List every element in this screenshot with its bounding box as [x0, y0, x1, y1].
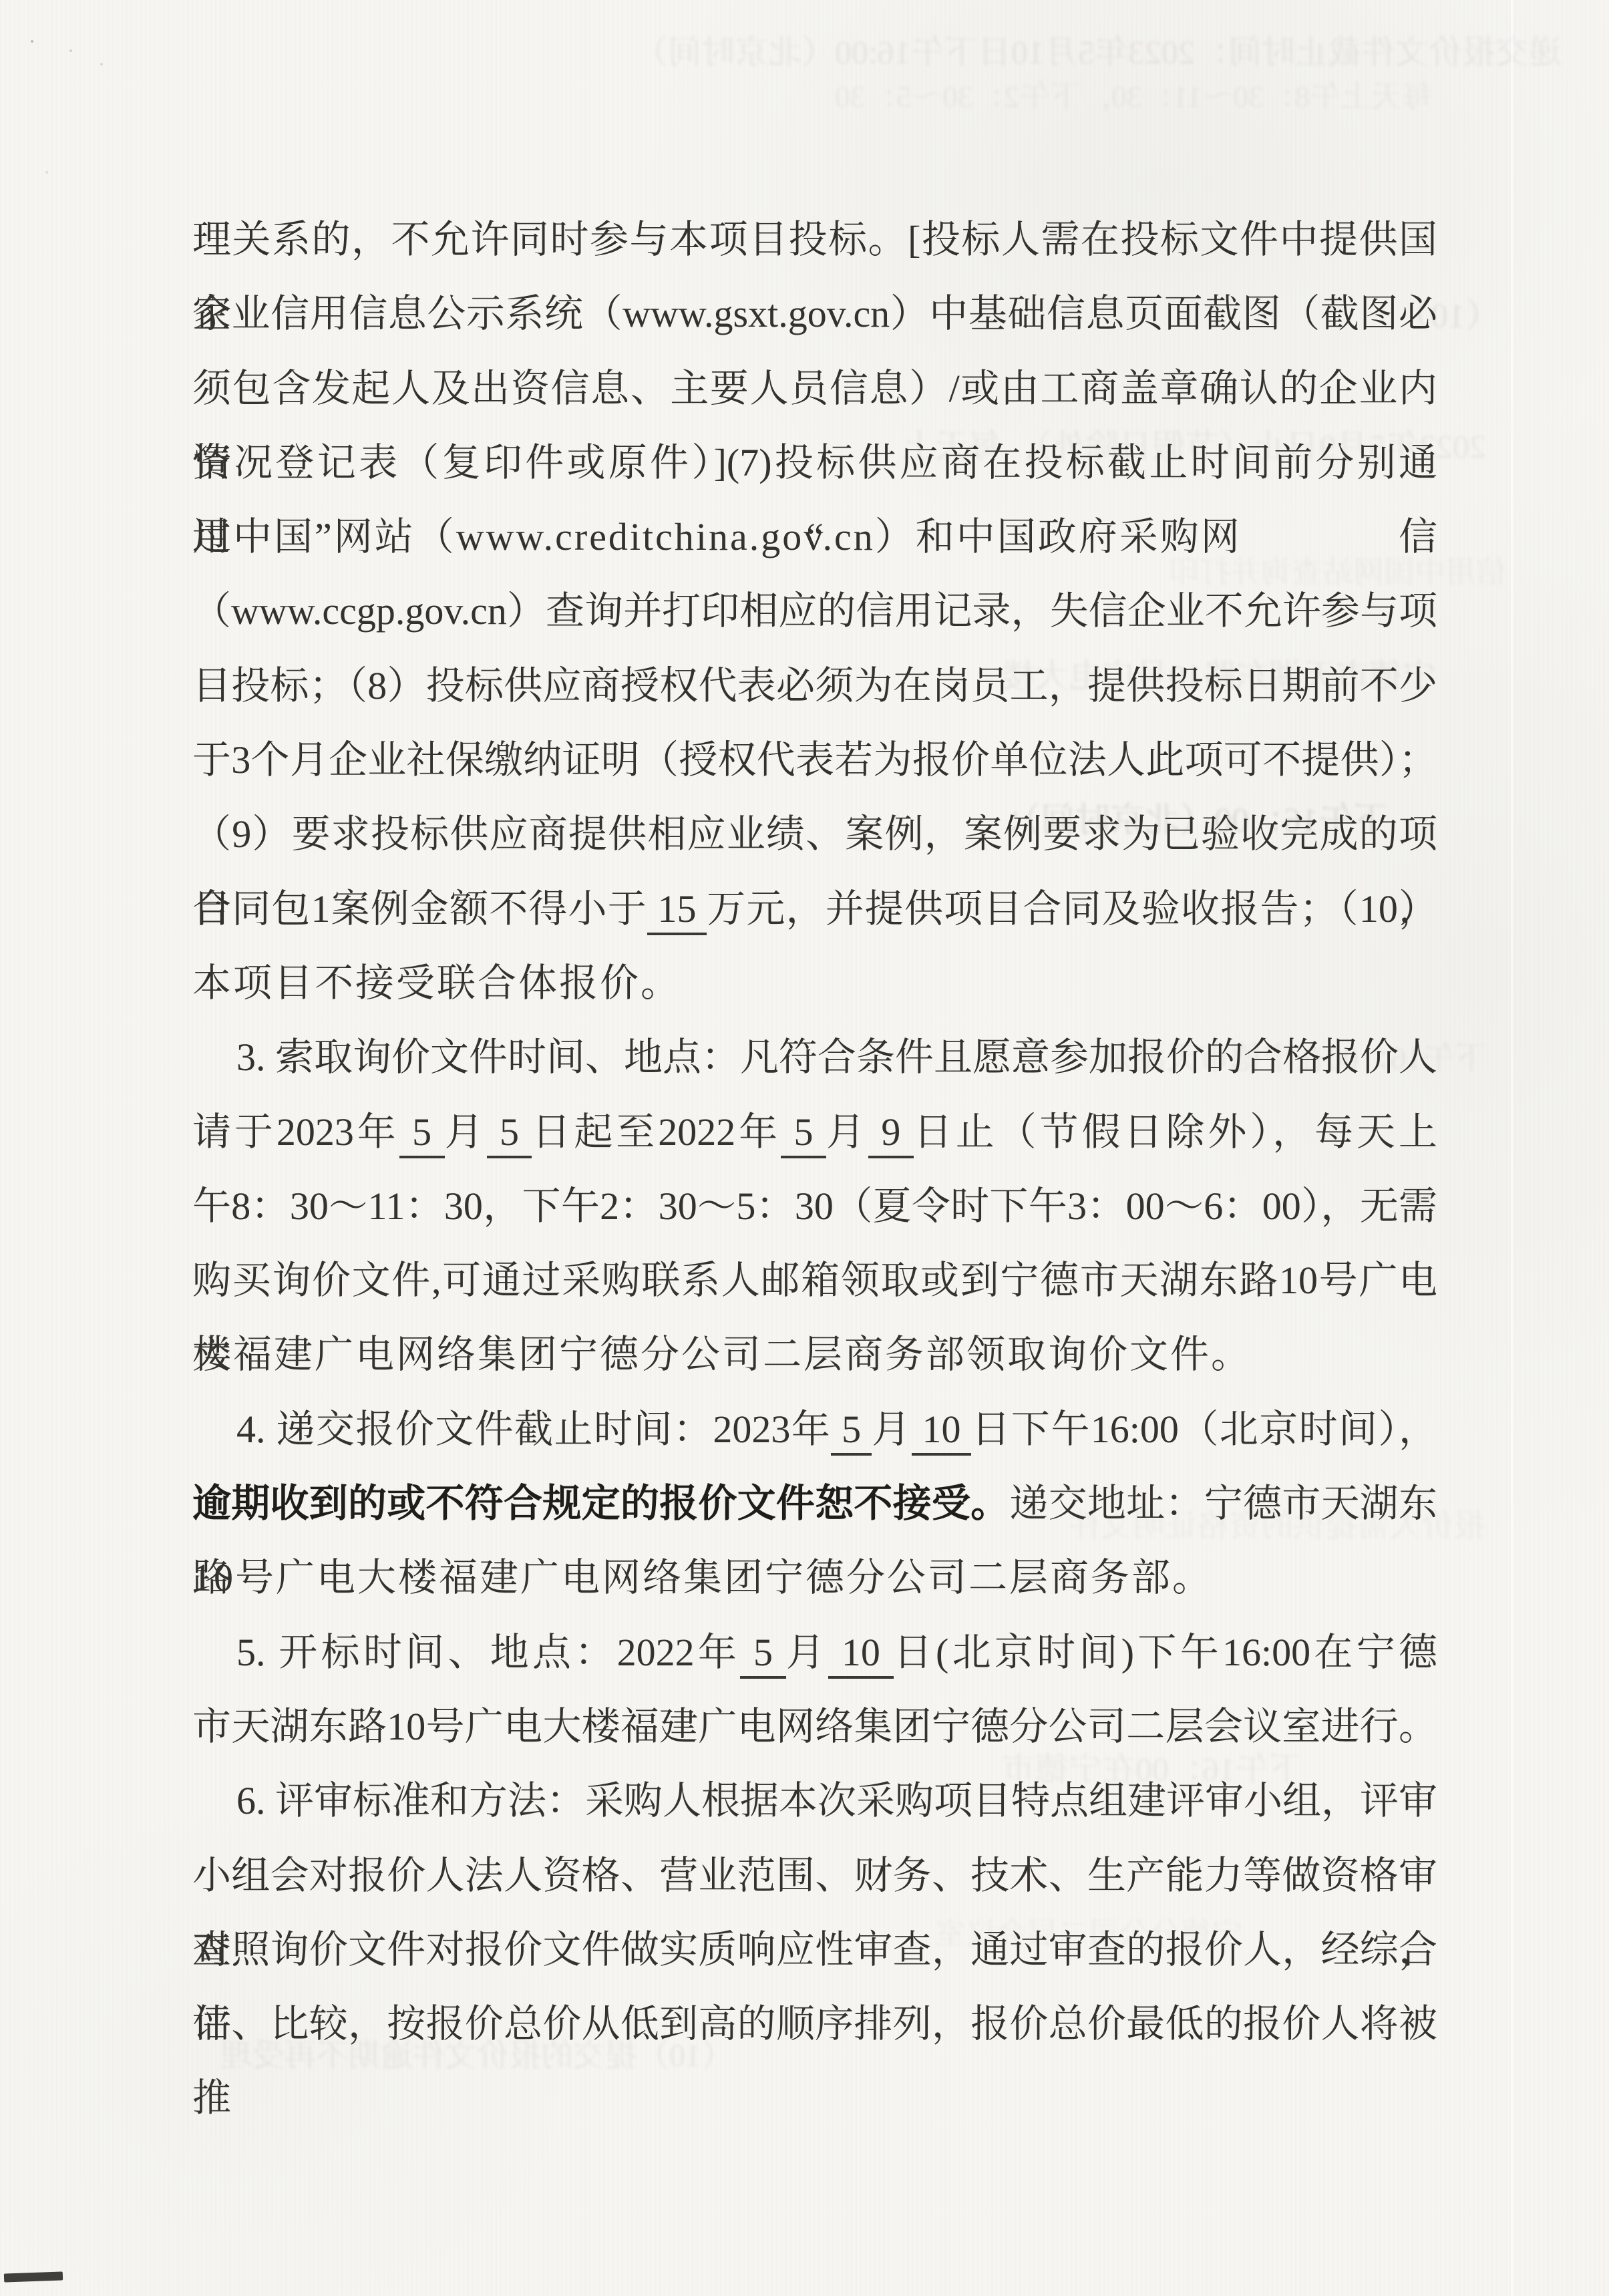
text-line: 情况登记表（复印件或原件）](7)投标供应商在投标截止时间前分别通过“信: [192, 426, 1437, 500]
text-segment: 日下午16:00（北京时间），: [971, 1408, 1437, 1451]
bold-text-segment: 逾期收到的或不符合规定的报价文件恕不接受。: [192, 1482, 1009, 1525]
text-segment: 月: [445, 1110, 487, 1154]
bleed-through-text: 递交报价文件截止时间：2023年5月10日下午16:00（北京时间）: [635, 25, 1562, 73]
text-line: 逾期收到的或不符合规定的报价文件恕不接受。递交地址：宁德市天湖东路: [192, 1466, 1437, 1540]
text-segment: 月: [872, 1408, 911, 1451]
text-segment: 用中国”网站（www.creditchina.gov.cn）和中国政府采购网: [192, 515, 1242, 558]
text-line: 购买询价文件,可通过采购联系人邮箱领取或到宁德市天湖东路10号广电大: [192, 1243, 1437, 1317]
text-segment: 日止（节假日除外），每天上: [914, 1110, 1437, 1154]
text-segment: 企业信用信息公示系统（www.gsxt.gov.cn）中基础信息页面截图（截图必: [192, 292, 1437, 335]
text-line: 4. 递交报价文件截止时间：2023年 5 月 10 日下午16:00（北京时间…: [192, 1392, 1437, 1466]
text-line: 估、比较，按报价总价从低到高的顺序排列，报价总价最低的报价人将被推: [192, 1987, 1437, 2061]
text-line: 理关系的，不允许同时参与本项目投标。[投标人需在投标文件中提供国家: [192, 202, 1437, 277]
text-segment: 估、比较，按报价总价从低到高的顺序排列，报价总价最低的报价人将被推: [192, 2002, 1437, 2120]
scanned-page: 递交报价文件截止时间：2023年5月10日下午16:00（北京时间）每天上午8：…: [0, 0, 1609, 2296]
text-segment: 月: [786, 1631, 828, 1674]
text-line: 午8：30～11：30，下午2：30～5：30（夏令时下午3：00～6：00），…: [192, 1169, 1437, 1243]
text-segment: 3. 索取询价文件时间、地点：凡符合条件且愿意参加报价的合格报价人: [236, 1035, 1437, 1079]
underlined-value: 9: [868, 1110, 914, 1158]
text-segment: 10号广电大楼福建广电网络集团宁德分公司二层商务部。: [192, 1556, 1213, 1599]
text-line: 于3个月企业社保缴纳证明（授权代表若为报价单位法人此项可不提供）；: [192, 723, 1437, 797]
text-segment: 市天湖东路10号广电大楼福建广电网络集团宁德分公司二层会议室进行。: [192, 1705, 1437, 1748]
text-line: 须包含发起人及出资信息、主要人员信息）/或由工商盖章确认的企业内资: [192, 351, 1437, 426]
text-segment: 于3个月企业社保缴纳证明（授权代表若为报价单位法人此项可不提供）；: [192, 738, 1437, 782]
underlined-value: 5: [740, 1631, 786, 1679]
text-segment: 本项目不接受联合体报价。: [192, 961, 681, 1005]
text-segment: 月: [826, 1110, 868, 1154]
text-segment: 日起至2022年: [532, 1110, 781, 1154]
text-line: 10号广电大楼福建广电网络集团宁德分公司二层商务部。: [192, 1540, 1437, 1615]
text-line: 6. 评审标准和方法：采购人根据本次采购项目特点组建评审小组，评审: [192, 1764, 1437, 1838]
text-line: 本项目不接受联合体报价。: [192, 946, 1437, 1020]
underlined-value: 10: [912, 1408, 972, 1456]
text-line: 小组会对报价人法人资格、营业范围、财务、技术、生产能力等做资格审查，: [192, 1838, 1437, 1913]
text-line: 企业信用信息公示系统（www.gsxt.gov.cn）中基础信息页面截图（截图必: [192, 277, 1437, 351]
scan-corner-mark: [4, 2271, 63, 2282]
text-segment: 请于2023年: [192, 1110, 399, 1154]
text-segment: 日(北京时间)下午16:00在宁德: [894, 1631, 1437, 1674]
text-line: 楼福建广电网络集团宁德分公司二层商务部领取询价文件。: [192, 1317, 1437, 1391]
underlined-value: 5: [831, 1408, 872, 1456]
text-line: （www.ccgp.gov.cn）查询并打印相应的信用记录，失信企业不允许参与项: [192, 574, 1437, 648]
underlined-value: 5: [781, 1110, 826, 1158]
text-segment: 合同包1案例金额不得小于: [192, 887, 647, 931]
text-line: 市天湖东路10号广电大楼福建广电网络集团宁德分公司二层会议室进行。: [192, 1689, 1437, 1764]
text-segment: 5. 开标时间、地点：2022年: [236, 1631, 740, 1674]
underlined-value: 5: [487, 1110, 532, 1158]
text-line: 5. 开标时间、地点：2022年 5 月 10 日(北京时间)下午16:00在宁…: [192, 1615, 1437, 1689]
document-text-block: 理关系的，不允许同时参与本项目投标。[投标人需在投标文件中提供国家企业信用信息公…: [192, 202, 1437, 2061]
scan-streak-line: [1511, 0, 1513, 2296]
underlined-value: 5: [399, 1110, 445, 1158]
text-line: 对照询价文件对报价文件做实质响应性审查，通过审查的报价人，经综合评: [192, 1913, 1437, 1987]
text-line: 3. 索取询价文件时间、地点：凡符合条件且愿意参加报价的合格报价人: [192, 1020, 1437, 1094]
text-line: 请于2023年 5 月 5 日起至2022年 5 月 9 日止（节假日除外），每…: [192, 1095, 1437, 1169]
bleed-through-text: 每天上午8：30～11：30，下午2：30～5：30: [835, 72, 1433, 116]
text-segment: 楼福建广电网络集团宁德分公司二层商务部领取询价文件。: [192, 1333, 1252, 1376]
text-segment: 目投标；（8）投标供应商授权代表必须为在岗员工，提供投标日期前不少: [192, 664, 1437, 707]
underlined-value: 15: [647, 887, 707, 935]
text-line: 合同包1案例金额不得小于 15 万元，并提供项目合同及验收报告；（10）: [192, 872, 1437, 946]
text-segment: （www.ccgp.gov.cn）查询并打印相应的信用记录，失信企业不允许参与项: [192, 589, 1437, 633]
underlined-value: 10: [828, 1631, 894, 1679]
text-line: （9）要求投标供应商提供相应业绩、案例，案例要求为已验收完成的项目，: [192, 797, 1437, 871]
text-line: 目投标；（8）投标供应商授权代表必须为在岗员工，提供投标日期前不少: [192, 649, 1437, 723]
text-segment: 午8：30～11：30，下午2：30～5：30（夏令时下午3：00～6：00），…: [192, 1184, 1437, 1228]
scan-dust-specks: [31, 40, 33, 43]
text-segment: 6. 评审标准和方法：采购人根据本次采购项目特点组建评审小组，评审: [236, 1779, 1437, 1822]
text-segment: 万元，并提供项目合同及验收报告；（10）: [707, 887, 1437, 931]
text-segment: 4. 递交报价文件截止时间：2023年: [236, 1408, 831, 1451]
